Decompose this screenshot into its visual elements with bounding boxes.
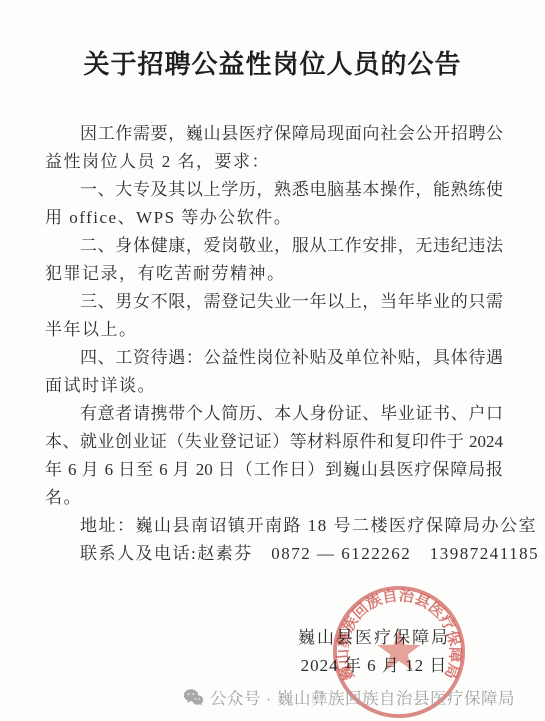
body-line: 犯罪记录，有吃苦耐劳精神。: [45, 260, 503, 288]
signature-block: 巍山县医疗保障局 2024 年 6 月 12 日: [298, 624, 450, 680]
issuer-signature: 巍山县医疗保障局: [298, 624, 450, 652]
body-line: 用 office、WPS 等办公软件。: [45, 204, 503, 232]
body-lines: 因工作需要，巍山县医疗保障局现面向社会公开招聘公益性岗位人员 2 名，要求：一、…: [45, 120, 503, 568]
announcement-title: 关于招聘公益性岗位人员的公告: [0, 44, 545, 81]
document-page: 关于招聘公益性岗位人员的公告 因工作需要，巍山县医疗保障局现面向社会公开招聘公益…: [0, 0, 545, 721]
body-line: 地址：巍山县南诏镇开南路 18 号二楼医疗保障局办公室: [45, 512, 503, 540]
footer-label: 公众号 · 巍山彝族回族自治县医疗保障局: [210, 685, 515, 709]
body-line: 本、就业创业证（失业登记证）等材料原件和复印件于 2024: [45, 428, 503, 456]
body-line: 半年以上。: [45, 316, 503, 344]
wechat-icon: [183, 688, 204, 707]
footer-watermark: 公众号 · 巍山彝族回族自治县医疗保障局: [183, 685, 515, 709]
body-line: 二、身体健康，爱岗敬业，服从工作安排，无违纪违法: [45, 232, 503, 260]
body-line: 四、工资待遇：公益性岗位补贴及单位补贴，具体待遇: [45, 344, 503, 372]
body-line: 名。: [45, 484, 503, 512]
body-line: 因工作需要，巍山县医疗保障局现面向社会公开招聘公: [45, 120, 503, 148]
body-line: 一、大专及其以上学历，熟悉电脑基本操作，能熟练使: [45, 176, 503, 204]
body-line: 有意者请携带个人简历、本人身份证、毕业证书、户口: [45, 400, 503, 428]
body-line: 年 6 月 6 日至 6 月 20 日（工作日）到巍山县医疗保障局报: [45, 456, 503, 484]
body-line: 面试时详谈。: [45, 372, 503, 400]
body-line: 三、男女不限，需登记失业一年以上，当年毕业的只需: [45, 288, 503, 316]
issue-date: 2024 年 6 月 12 日: [298, 652, 450, 680]
body-line: 联系人及电话:赵素芬 0872 — 6122262 13987241185: [45, 540, 503, 568]
body-line: 益性岗位人员 2 名，要求：: [45, 148, 503, 176]
